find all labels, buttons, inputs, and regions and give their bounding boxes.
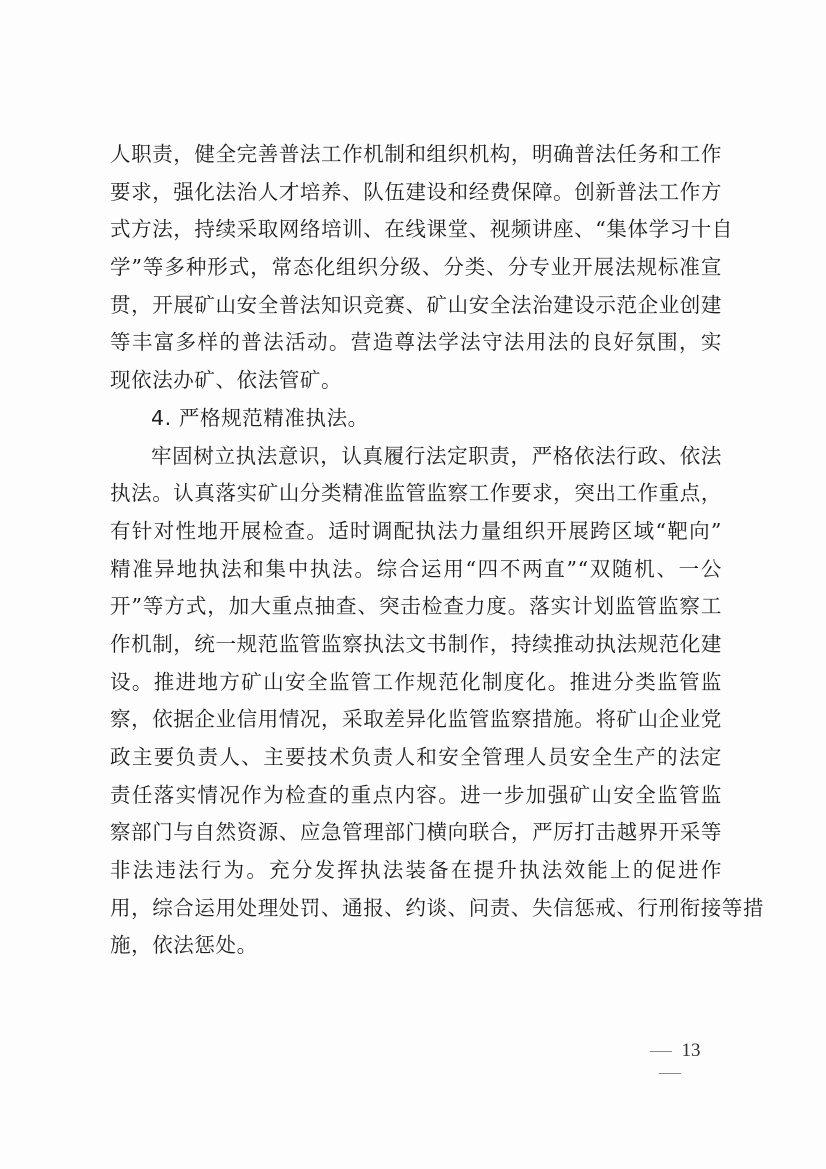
text-line: 用，综合运用处理处罚、通报、约谈、问责、失信惩戒、行刑衔接等措 [110, 890, 722, 928]
text-line: 牢固树立执法意识，认真履行法定职责，严格依法行政、依法 [110, 438, 722, 476]
text-line: 作机制，统一规范监管监察执法文书制作，持续推动执法规范化建 [110, 626, 722, 664]
text-line: 式方法，持续采取网络培训、在线课堂、视频讲座、“集体学习十自 [110, 211, 722, 249]
text-line: 设。推进地方矿山安全监管工作规范化制度化。推进分类监管监 [110, 664, 722, 702]
text-line: 现依法办矿、依法管矿。 [110, 362, 722, 400]
text-line: 开”等方式，加大重点抽查、突击检查力度。落实计划监管监察工 [110, 588, 722, 626]
text-line: 察，依据企业信用情况，采取差异化监管监察措施。将矿山企业党 [110, 701, 722, 739]
body-text: 人职责，健全完善普法工作机制和组织机构，明确普法任务和工作 要求，强化法治人才培… [110, 136, 722, 965]
text-line: 有针对性地开展检查。适时调配执法力量组织开展跨区域“靶向” [110, 513, 722, 551]
page-number: 13 [620, 1040, 720, 1084]
text-line: 政主要负责人、主要技术负责人和安全管理人员安全生产的法定 [110, 739, 722, 777]
dash-decoration [659, 1073, 681, 1074]
text-line: 要求，强化法治人才培养、队伍建设和经费保障。创新普法工作方 [110, 174, 722, 212]
document-page: 人职责，健全完善普法工作机制和组织机构，明确普法任务和工作 要求，强化法治人才培… [0, 0, 826, 1169]
text-line: 责任落实情况作为检查的重点内容。进一步加强矿山安全监管监 [110, 777, 722, 815]
text-line: 贯，开展矿山安全普法知识竞赛、矿山安全法治建设示范企业创建 [110, 287, 722, 325]
text-line: 非法违法行为。充分发挥执法装备在提升执法效能上的促进作 [110, 852, 722, 890]
dash-decoration [650, 1051, 672, 1052]
text-line: 人职责，健全完善普法工作机制和组织机构，明确普法任务和工作 [110, 136, 722, 174]
text-line: 察部门与自然资源、应急管理部门横向联合，严厉打击越界开采等 [110, 814, 722, 852]
text-line: 等丰富多样的普法活动。营造尊法学法守法用法的良好氛围，实 [110, 324, 722, 362]
section-heading: 4. 严格规范精准执法。 [110, 400, 722, 438]
text-line: 学”等多种形式，常态化组织分级、分类、分专业开展法规标准宣 [110, 249, 722, 287]
page-number-value: 13 [682, 1040, 701, 1061]
text-line: 执法。认真落实矿山分类精准监管监察工作要求，突出工作重点， [110, 475, 722, 513]
text-line: 精准异地执法和集中执法。综合运用“四不两直”“双随机、一公 [110, 551, 722, 589]
text-line: 施，依法惩处。 [110, 927, 722, 965]
